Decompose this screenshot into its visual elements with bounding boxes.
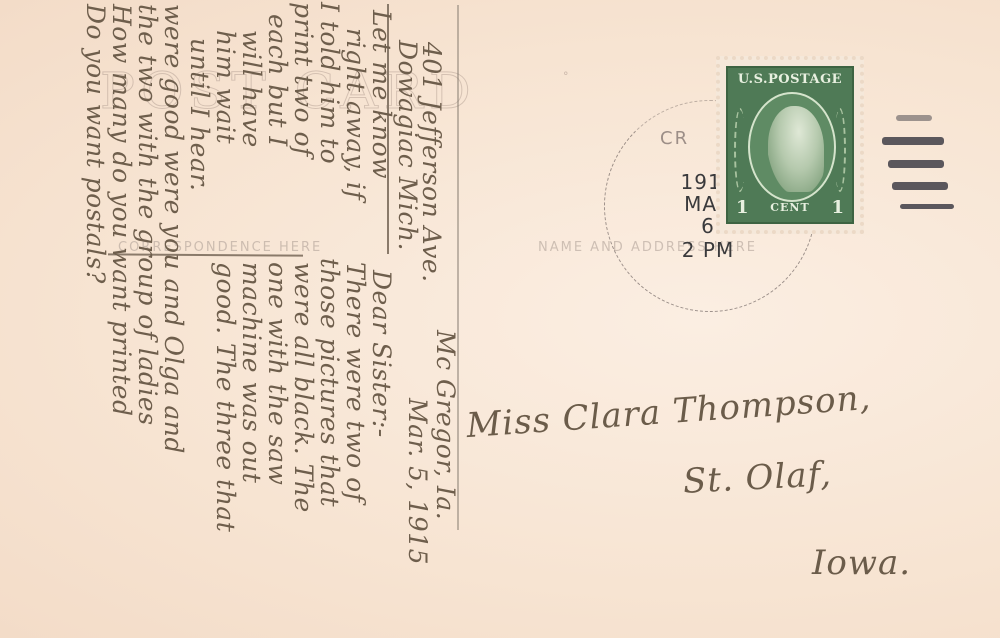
message-line: until I hear. xyxy=(185,38,214,191)
message-line: I told him to xyxy=(315,2,344,164)
postmark-time: 2 PM xyxy=(668,238,748,262)
stamp-denomination-number: 1 xyxy=(736,197,749,218)
laurel-wreath-icon xyxy=(734,108,746,192)
postmark-city: CR xyxy=(660,128,689,149)
message-line: right away, if xyxy=(341,28,370,200)
message-right-line: those pictures that xyxy=(315,258,344,507)
message-right-line: machine was out xyxy=(237,262,266,483)
cancel-bar xyxy=(900,204,954,209)
message-line: were good were you and Olga and xyxy=(159,4,188,454)
message-right-line: good. The three that xyxy=(211,262,240,532)
washington-portrait-icon xyxy=(768,106,824,192)
recipient-city: St. Olaf, xyxy=(682,454,833,502)
return-address-line-2: Dowagiac Mich. xyxy=(393,40,422,251)
cancel-bar xyxy=(892,182,948,190)
message-right-line: one with the saw xyxy=(263,262,292,485)
cancel-bar xyxy=(888,160,944,168)
stamp-face: U.S.POSTAGE 1 CENT 1 xyxy=(726,66,854,224)
cancel-bar xyxy=(882,137,944,145)
stamp-denomination: 1 CENT 1 xyxy=(728,197,852,218)
postage-stamp: U.S.POSTAGE 1 CENT 1 xyxy=(716,56,864,234)
message-line: the two with the group of ladies xyxy=(133,4,162,426)
message-line: How many do you want printed xyxy=(107,4,136,417)
stamp-top-text: U.S.POSTAGE xyxy=(728,72,852,87)
recipient-name: Miss Clara Thompson, xyxy=(465,378,872,446)
message-right-line: There were two of xyxy=(341,262,370,502)
handwritten-message: 401 Jefferson Ave. Dowagiac Mich. Mc Gre… xyxy=(0,0,470,638)
message-line: Do you want postals? xyxy=(81,4,110,284)
recipient-state: Iowa. xyxy=(812,543,911,583)
printed-mark: ° xyxy=(563,70,569,83)
message-line: print two of xyxy=(289,2,318,157)
cancel-bar xyxy=(896,115,932,121)
message-line: will have xyxy=(237,30,266,148)
message-place: Mc Gregor, Ia. xyxy=(431,330,460,520)
stamp-denomination-number: 1 xyxy=(831,197,844,218)
stamp-denomination-text: CENT xyxy=(770,201,809,214)
message-line: him wait xyxy=(211,30,240,144)
message-line: Let me know xyxy=(367,10,396,179)
stamp-portrait-oval xyxy=(748,92,836,202)
message-date: Mar. 5, 1915 xyxy=(403,398,432,565)
postcard-back: POST CARD ° CORRESPONDENCE HERE NAME AND… xyxy=(0,0,1000,638)
message-right-line: Dear Sister:- xyxy=(367,270,396,438)
message-line: each but I xyxy=(263,14,292,147)
message-right-line: were all black. The xyxy=(289,262,318,513)
